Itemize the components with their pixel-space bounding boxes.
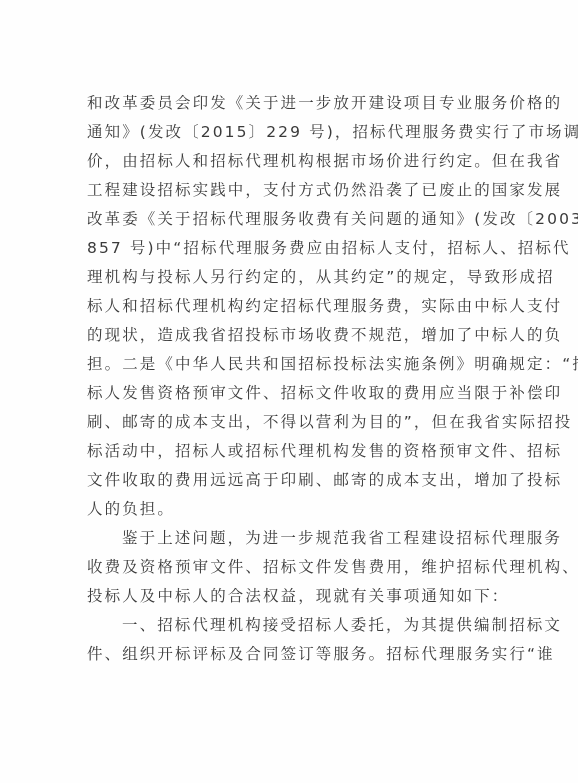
text-line-11: 标人发售资格预审文件、招标文件收取的费用应当限于补偿印 (87, 379, 497, 408)
text-line-18: 投标人及中标人的合法权益，现就有关事项通知如下： (87, 582, 497, 611)
text-line-7: 理机构与投标人另行约定的，从其约定”的规定，导致形成招 (87, 263, 497, 292)
body-text: 和改革委员会印发《关于进一步放开建设项目专业服务价格的 通知》(发改〔2015〕… (87, 89, 497, 669)
text-line-16-paragraph-start: 鉴于上述问题，为进一步规范我省工程建设招标代理服务 (87, 524, 497, 553)
text-line-3: 价，由招标人和招标代理机构根据市场价进行约定。但在我省 (87, 147, 497, 176)
text-line-9: 的现状，造成我省招投标市场收费不规范，增加了中标人的负 (87, 321, 497, 350)
text-line-14: 文件收取的费用远远高于印刷、邮寄的成本支出，增加了投标 (87, 466, 497, 495)
text-line-8: 标人和招标代理机构约定招标代理服务费，实际由中标人支付 (87, 292, 497, 321)
document-page: 和改革委员会印发《关于进一步放开建设项目专业服务价格的 通知》(发改〔2015〕… (0, 0, 578, 783)
text-line-10: 担。二是《中华人民共和国招标投标法实施条例》明确规定：“招 (87, 350, 497, 379)
text-line-13: 标活动中，招标人或招标代理机构发售的资格预审文件、招标 (87, 437, 497, 466)
text-line-19-paragraph-start: 一、招标代理机构接受招标人委托，为其提供编制招标文 (87, 611, 497, 640)
text-line-17: 收费及资格预审文件、招标文件发售费用，维护招标代理机构、 (87, 553, 497, 582)
text-line-15: 人的负担。 (87, 495, 497, 524)
text-line-1: 和改革委员会印发《关于进一步放开建设项目专业服务价格的 (87, 89, 497, 118)
text-line-6: 857 号)中“招标代理服务费应由招标人支付，招标人、招标代 (87, 234, 497, 263)
text-line-4: 工程建设招标实践中，支付方式仍然沿袭了已废止的国家发展 (87, 176, 497, 205)
text-line-5: 改革委《关于招标代理服务收费有关问题的通知》(发改〔2003〕 (87, 205, 497, 234)
text-line-12: 刷、邮寄的成本支出，不得以营利为目的”，但在我省实际招投 (87, 408, 497, 437)
text-line-2: 通知》(发改〔2015〕229 号)，招标代理服务费实行了市场调节 (87, 118, 497, 147)
text-line-20: 件、组织开标评标及合同签订等服务。招标代理服务实行“谁 (87, 640, 497, 669)
